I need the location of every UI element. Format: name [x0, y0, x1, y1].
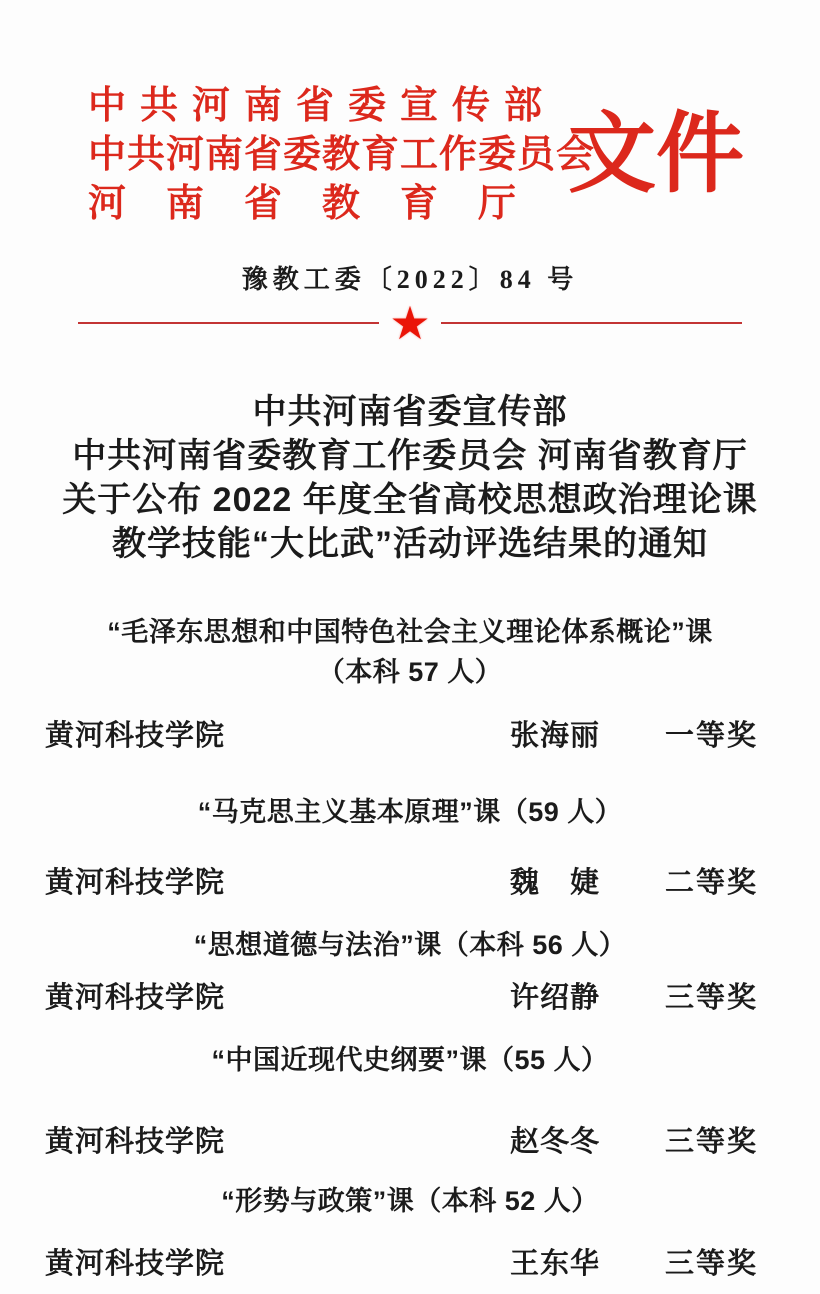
course-heading-line: （本科 57 人）: [0, 652, 820, 692]
issuing-organizations: 中共河南省委宣传部 中共河南省委教育工作委员会 河南省教育厅: [88, 82, 556, 229]
course-heading: “形势与政策”课（本科 52 人）: [0, 1181, 820, 1221]
star-icon: ★: [389, 300, 430, 346]
award-row: 黄河科技学院 魏 婕 二等奖: [0, 865, 820, 901]
course-section-situation-policy: “形势与政策”课（本科 52 人） 黄河科技学院 王东华 三等奖: [0, 1181, 820, 1282]
org-line-education-department: 河南省教育厅: [88, 180, 556, 229]
org-line-education-work-committee: 中共河南省委教育工作委员会: [88, 131, 556, 180]
course-heading: “马克思主义基本原理”课（59 人）: [0, 792, 820, 832]
course-heading-line: “中国近现代史纲要”课（55 人）: [0, 1040, 820, 1080]
course-heading-line: “马克思主义基本原理”课（59 人）: [0, 792, 820, 832]
course-section-morality-law: “思想道德与法治”课（本科 56 人） 黄河科技学院 许绍静 三等奖: [0, 925, 820, 1016]
course-heading-line: “思想道德与法治”课（本科 56 人）: [0, 925, 820, 965]
document-title: 中共河南省委宣传部 中共河南省委教育工作委员会 河南省教育厅 关于公布 2022…: [0, 390, 820, 566]
award-level: 三等奖: [665, 1246, 758, 1282]
award-row: 黄河科技学院 赵冬冬 三等奖: [0, 1124, 820, 1160]
award-level: 二等奖: [665, 865, 758, 901]
separator-line-right: [441, 322, 742, 324]
teacher-name: 张海丽: [455, 718, 655, 754]
school-name: 黄河科技学院: [45, 1246, 225, 1282]
org-line-propaganda-dept: 中共河南省委宣传部: [88, 82, 556, 131]
award-level: 一等奖: [665, 718, 758, 754]
course-section-modern-history: “中国近现代史纲要”课（55 人） 黄河科技学院 赵冬冬 三等奖: [0, 1040, 820, 1160]
document-number: 豫教工委〔2022〕84 号: [0, 259, 820, 296]
document-page: 中共河南省委宣传部 中共河南省委教育工作委员会 河南省教育厅 文件 豫教工委〔2…: [0, 0, 820, 1294]
letterhead: 中共河南省委宣传部 中共河南省委教育工作委员会 河南省教育厅 文件: [88, 82, 820, 229]
course-heading-line: “形势与政策”课（本科 52 人）: [0, 1181, 820, 1221]
school-name: 黄河科技学院: [45, 718, 225, 754]
school-name: 黄河科技学院: [45, 980, 225, 1016]
award-level: 三等奖: [665, 980, 758, 1016]
award-row: 黄河科技学院 王东华 三等奖: [0, 1246, 820, 1282]
title-line: 教学技能“大比武”活动评选结果的通知: [0, 522, 820, 566]
teacher-name: 魏 婕: [455, 865, 655, 901]
teacher-name: 许绍静: [455, 980, 655, 1016]
course-heading-line: “毛泽东思想和中国特色社会主义理论体系概论”课: [0, 612, 820, 652]
teacher-name: 王东华: [455, 1246, 655, 1282]
course-heading: “中国近现代史纲要”课（55 人）: [0, 1040, 820, 1080]
course-heading: “思想道德与法治”课（本科 56 人）: [0, 925, 820, 965]
school-name: 黄河科技学院: [45, 865, 225, 901]
award-level: 三等奖: [665, 1124, 758, 1160]
title-line: 中共河南省委宣传部: [0, 390, 820, 434]
separator-rule: ★: [78, 300, 742, 346]
course-section-mao-theory: “毛泽东思想和中国特色社会主义理论体系概论”课 （本科 57 人） 黄河科技学院…: [0, 612, 820, 754]
teacher-name: 赵冬冬: [455, 1124, 655, 1160]
title-line: 关于公布 2022 年度全省高校思想政治理论课: [0, 478, 820, 522]
award-row: 黄河科技学院 张海丽 一等奖: [0, 718, 820, 754]
course-section-marxism-principles: “马克思主义基本原理”课（59 人） 黄河科技学院 魏 婕 二等奖: [0, 792, 820, 901]
separator-line-left: [78, 322, 379, 324]
award-row: 黄河科技学院 许绍静 三等奖: [0, 980, 820, 1016]
document-mark: 文件: [568, 112, 744, 200]
title-line: 中共河南省委教育工作委员会 河南省教育厅: [0, 434, 820, 478]
school-name: 黄河科技学院: [45, 1124, 225, 1160]
course-heading: “毛泽东思想和中国特色社会主义理论体系概论”课 （本科 57 人）: [0, 612, 820, 692]
